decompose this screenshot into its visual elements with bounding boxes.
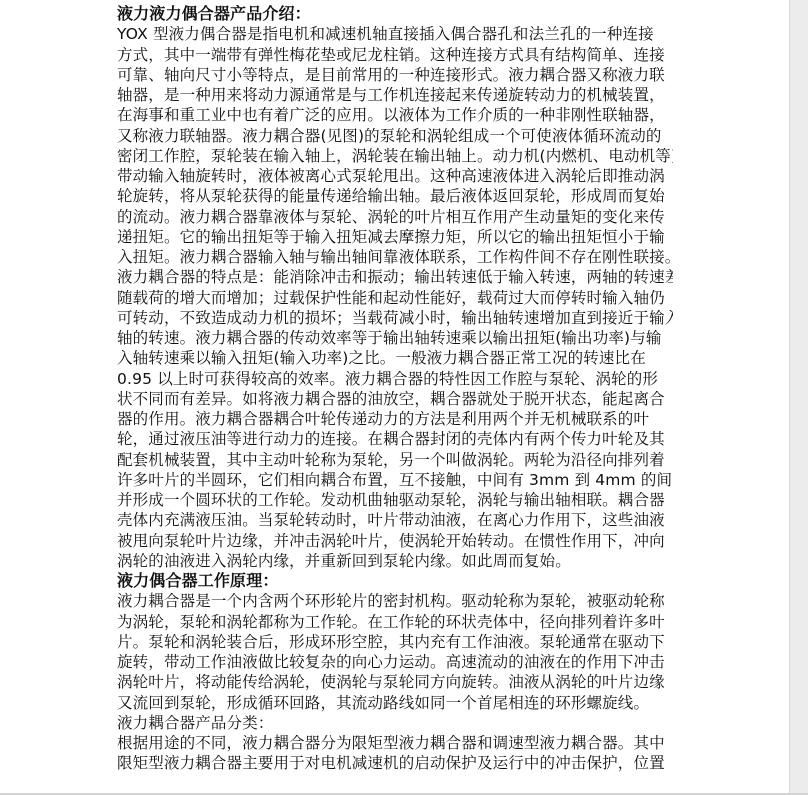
text-line: 液力耦合器的特点是：能消除冲击和振动；输出转速低于输入转速，两轴的转速差 <box>117 267 673 287</box>
text-line: 片。泵轮和涡轮装合后，形成环形空腔，其内充有工作油液。泵轮通常在驱动下 <box>117 632 673 652</box>
text-line: YOX 型液力偶合器是指电机和减速机轴直接插入偶合器孔和法兰孔的一种连接 <box>117 24 673 44</box>
text-line: 入轴转速乘以输入扭矩(输入功率)之比。一般液力耦合器正常工况的转速比在 <box>117 348 673 368</box>
text-line: 状不同而有差异。如将液力耦合器的油放空，耦合器就处于脱开状态，能起离合 <box>117 389 673 409</box>
text-line: 递扭矩。它的输出扭矩等于输入扭矩减去摩擦力矩，所以它的输出扭矩恒小于输 <box>117 227 673 247</box>
text-line: 轮旋转，将从泵轮获得的能量传递给输出轴。最后液体返回泵轮，形成周而复始 <box>117 186 673 206</box>
text-line: 器的作用。液力耦合器耦合叶轮传递动力的方法是利用两个并无机械联系的叶 <box>117 409 673 429</box>
text-line: 液力耦合器是一个内含两个环形轮片的密封机构。驱动轮称为泵轮，被驱动轮称 <box>117 591 673 611</box>
text-line: 又流回到泵轮，形成循环回路，其流动路线如同一个首尾相连的环形螺旋线。 <box>117 693 673 713</box>
text-line: 并形成一个圆环状的工作轮。发动机曲轴驱动泵轮，涡轮与输出轴相联。耦合器 <box>117 490 673 510</box>
vertical-scrollbar[interactable] <box>789 0 808 795</box>
section-heading: 液力液力偶合器产品介绍： <box>117 4 673 24</box>
text-line: 可转动，不致造成动力机的损坏；当载荷减小时，输出轴转速增加直到接近于输入 <box>117 308 673 328</box>
text-line: 入扭矩。液力耦合器输入轴与输出轴间靠液体联系，工作构件间不存在刚性联接。 <box>117 247 673 267</box>
section-heading: 液力偶合器工作原理： <box>117 571 673 591</box>
document-page: 液力液力偶合器产品介绍：YOX 型液力偶合器是指电机和减速机轴直接插入偶合器孔和… <box>117 4 673 774</box>
text-line: 可靠、轴向尺寸小等特点，是目前常用的一种连接形式。液力耦合器又称液力联 <box>117 65 673 85</box>
text-line: 轴的转速。液力耦合器的传动效率等于输出轴转速乘以输出扭矩(输出功率)与输 <box>117 328 673 348</box>
text-line: 许多叶片的半圆环，它们相向耦合布置，互不接触，中间有 3mm 到 4mm 的间隙… <box>117 470 673 490</box>
text-line: 根据用途的不同，液力耦合器分为限矩型液力耦合器和调速型液力耦合器。其中 <box>117 733 673 753</box>
text-line: 轴器，是一种用来将动力源通常是与工作机连接起来传递旋转动力的机械装置， <box>117 85 673 105</box>
text-line: 配套机械装置，其中主动叶轮称为泵轮，另一个叫做涡轮。两轮为沿径向排列着 <box>117 450 673 470</box>
text-line: 限矩型液力耦合器主要用于对电机减速机的启动保护及运行中的冲击保护，位置 <box>117 753 673 773</box>
text-line: 随载荷的增大而增加；过载保护性能和起动性能好，载荷过大而停转时输入轴仍 <box>117 288 673 308</box>
text-line: 的流动。液力耦合器靠液体与泵轮、涡轮的叶片相互作用产生动量矩的变化来传 <box>117 207 673 227</box>
text-line: 旋转，带动工作油液做比较复杂的向心力运动。高速流动的油液在的作用下冲击 <box>117 652 673 672</box>
text-line: 带动输入轴旋转时，液体被离心式泵轮甩出。这种高速液体进入涡轮后即推动涡 <box>117 166 673 186</box>
text-line: 为涡轮，泵轮和涡轮都称为工作轮。在工作轮的环状壳体中，径向排列着许多叶 <box>117 612 673 632</box>
text-line: 壳体内充满液压油。当泵轮转动时，叶片带动油液，在离心力作用下，这些油液 <box>117 510 673 530</box>
text-line: 液力耦合器产品分类： <box>117 713 673 733</box>
text-line: 方式，其中一端带有弹性梅花垫或尼龙柱销。这种连接方式具有结构简单、连接 <box>117 45 673 65</box>
text-line: 在海事和重工业中也有着广泛的应用。以液体为工作介质的一种非刚性联轴器， <box>117 105 673 125</box>
text-line: 涡轮叶片，将动能传给涡轮，使涡轮与泵轮同方向旋转。油液从涡轮的叶片边缘 <box>117 672 673 692</box>
text-line: 轮，通过液压油等进行动力的连接。在耦合器封闭的壳体内有两个传力叶轮及其 <box>117 429 673 449</box>
text-line: 被甩向泵轮叶片边缘，并冲击涡轮叶片，使涡轮开始转动。在惯性作用下，冲向 <box>117 531 673 551</box>
text-line: 0.95 以上时可获得较高的效率。液力耦合器的特性因工作腔与泵轮、涡轮的形 <box>117 369 673 389</box>
text-line: 又称液力联轴器。液力耦合器(见图)的泵轮和涡轮组成一个可使液体循环流动的 <box>117 126 673 146</box>
text-line: 涡轮的油液进入涡轮内缘，并重新回到泵轮内缘。如此周而复始。 <box>117 551 673 571</box>
text-line: 密闭工作腔，泵轮装在输入轴上，涡轮装在输出轴上。动力机(内燃机、电动机等) <box>117 146 673 166</box>
